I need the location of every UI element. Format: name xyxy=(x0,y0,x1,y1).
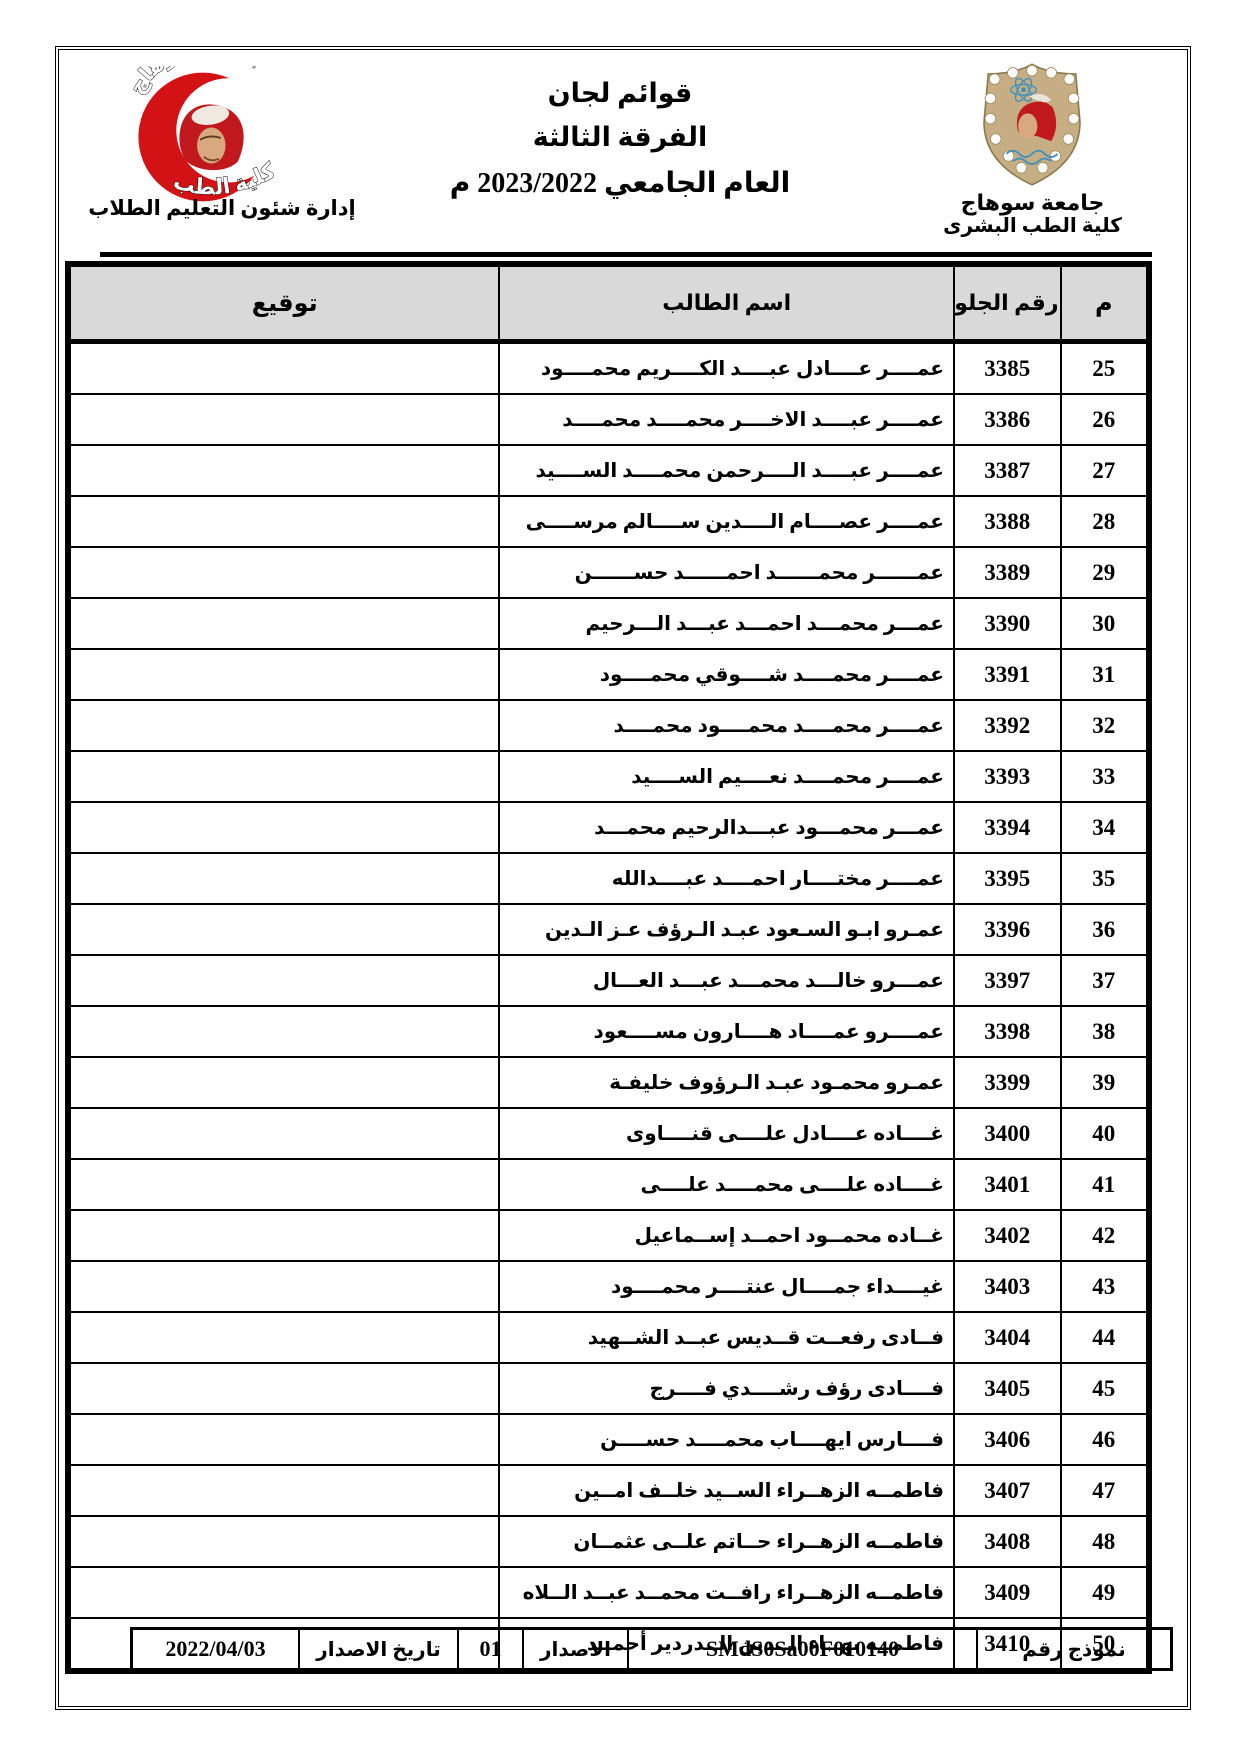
students-table-wrapper: م رقم الجلوس اسم الطالب توقيع 253385عمــ… xyxy=(65,261,1152,1674)
issue-label: الاصدار xyxy=(523,1629,628,1670)
column-header-seat-number: رقم الجلوس xyxy=(954,264,1061,342)
row-index-cell: 32 xyxy=(1061,700,1149,751)
signature-cell xyxy=(68,1516,499,1567)
seat-number-cell: 3388 xyxy=(954,496,1061,547)
university-shield-logo xyxy=(963,60,1101,188)
table-row: 383398عمــــرو عمــــاد هــــارون مســــ… xyxy=(68,1006,1149,1057)
row-index-cell: 35 xyxy=(1061,853,1149,904)
student-name-cell: غــــاده علــــى محمــــد علــــى xyxy=(499,1159,954,1210)
student-name-cell: فاطمــه الزهــراء الســيد خلــف امــين xyxy=(499,1465,954,1516)
issue-date-value: 2022/04/03 xyxy=(132,1629,300,1670)
row-index-cell: 47 xyxy=(1061,1465,1149,1516)
row-index-cell: 26 xyxy=(1061,394,1149,445)
row-index-cell: 29 xyxy=(1061,547,1149,598)
student-name-cell: عمــــر عبــــد الــــرحمن محمــــد السـ… xyxy=(499,445,954,496)
seat-number-cell: 3407 xyxy=(954,1465,1061,1516)
seat-number-cell: 3400 xyxy=(954,1108,1061,1159)
student-name-cell: عمــــر محمــــد محمــــود محمــــد xyxy=(499,700,954,751)
student-name-cell: غــاده محمــود احمــد إســماعيل xyxy=(499,1210,954,1261)
row-index-cell: 34 xyxy=(1061,802,1149,853)
table-row: 423402غــاده محمــود احمــد إســماعيل xyxy=(68,1210,1149,1261)
header-divider-rule xyxy=(100,252,1152,257)
seat-number-cell: 3404 xyxy=(954,1312,1061,1363)
document-title-block: قوائم لجان الفرقة الثالثة العام الجامعي … xyxy=(415,78,825,200)
table-row: 473407فاطمــه الزهــراء الســيد خلــف ام… xyxy=(68,1465,1149,1516)
seat-number-cell: 3391 xyxy=(954,649,1061,700)
signature-cell xyxy=(68,1414,499,1465)
table-row: 403400غــــاده عــــادل علــــى قنــــاو… xyxy=(68,1108,1149,1159)
student-name-cell: عمــــر عصــــام الــــدين ســــالم مرسـ… xyxy=(499,496,954,547)
signature-cell xyxy=(68,1261,499,1312)
title-academic-year: العام الجامعي 2023/2022 م xyxy=(415,166,825,200)
seat-number-cell: 3405 xyxy=(954,1363,1061,1414)
signature-cell xyxy=(68,394,499,445)
table-row: 393399عمـرو محمـود عبـد الـرؤوف خليفـة xyxy=(68,1057,1149,1108)
table-row: 273387عمــــر عبــــد الــــرحمن محمــــ… xyxy=(68,445,1149,496)
university-name: جامعة سوهاج xyxy=(925,190,1140,215)
row-index-cell: 40 xyxy=(1061,1108,1149,1159)
row-index-cell: 46 xyxy=(1061,1414,1149,1465)
students-table: م رقم الجلوس اسم الطالب توقيع 253385عمــ… xyxy=(65,261,1152,1674)
seat-number-cell: 3402 xyxy=(954,1210,1061,1261)
seat-number-cell: 3408 xyxy=(954,1516,1061,1567)
issue-value: 01 xyxy=(458,1629,523,1670)
student-name-cell: عمــــر مختــــار احمــــد عبــــدالله xyxy=(499,853,954,904)
student-table-body: 253385عمــــر عــــادل عبــــد الكــــري… xyxy=(68,342,1149,1672)
seat-number-cell: 3390 xyxy=(954,598,1061,649)
signature-cell xyxy=(68,751,499,802)
signature-cell xyxy=(68,1108,499,1159)
university-name-block: جامعة سوهاج كلية الطب البشرى xyxy=(925,190,1140,238)
issue-date-label: تاريخ الاصدار xyxy=(299,1629,458,1670)
signature-cell xyxy=(68,598,499,649)
row-index-cell: 37 xyxy=(1061,955,1149,1006)
column-header-student-name: اسم الطالب xyxy=(499,264,954,342)
student-name-cell: عمـــر محمـــود عبـــدالرحيم محمـــد xyxy=(499,802,954,853)
table-row: 313391عمــــر محمــــد شــــوقي محمــــو… xyxy=(68,649,1149,700)
seat-number-cell: 3401 xyxy=(954,1159,1061,1210)
seat-number-cell: 3395 xyxy=(954,853,1061,904)
table-row: 283388عمــــر عصــــام الــــدين ســــال… xyxy=(68,496,1149,547)
seat-number-cell: 3386 xyxy=(954,394,1061,445)
student-name-cell: عمـرو محمـود عبـد الـرؤوف خليفـة xyxy=(499,1057,954,1108)
seat-number-cell: 3387 xyxy=(954,445,1061,496)
signature-cell xyxy=(68,1567,499,1618)
title-committee-lists: قوائم لجان xyxy=(415,78,825,109)
signature-cell xyxy=(68,853,499,904)
seat-number-cell: 3392 xyxy=(954,700,1061,751)
signature-cell xyxy=(68,1057,499,1108)
table-row: 293389عمــــــر محمــــــد احمــــــد حس… xyxy=(68,547,1149,598)
signature-cell xyxy=(68,1210,499,1261)
table-row: 363396عمـرو ابـو السـعود عبـد الـرؤف عـز… xyxy=(68,904,1149,955)
student-name-cell: عمــــــر محمــــــد احمــــــد حســــــ… xyxy=(499,547,954,598)
signature-cell xyxy=(68,904,499,955)
form-number-label: نموذج رقم xyxy=(977,1629,1172,1670)
faculty-name: كلية الطب البشرى xyxy=(925,215,1140,238)
table-row: 373397عمـــرو خالـــد محمـــد عبـــد الع… xyxy=(68,955,1149,1006)
student-name-cell: فــــادى رؤف رشــــدي فــــرج xyxy=(499,1363,954,1414)
form-number-value: SMdS0Sa00F010140 xyxy=(628,1629,977,1670)
table-row: 333393عمــــر محمــــد نعــــيم الســــي… xyxy=(68,751,1149,802)
table-header-row: م رقم الجلوس اسم الطالب توقيع xyxy=(68,264,1149,342)
table-row: 323392عمــــر محمــــد محمــــود محمــــ… xyxy=(68,700,1149,751)
student-name-cell: عمـرو ابـو السـعود عبـد الـرؤف عـز الـدي… xyxy=(499,904,954,955)
row-index-cell: 45 xyxy=(1061,1363,1149,1414)
row-index-cell: 36 xyxy=(1061,904,1149,955)
table-row: 343394عمـــر محمـــود عبـــدالرحيم محمــ… xyxy=(68,802,1149,853)
student-name-cell: عمــــر عــــادل عبــــد الكــــريم محمـ… xyxy=(499,342,954,395)
student-name-cell: عمــــر عبــــد الاخــــر محمــــد محمــ… xyxy=(499,394,954,445)
table-row: 353395عمــــر مختــــار احمــــد عبــــد… xyxy=(68,853,1149,904)
student-education-admin-label: إدارة شئون التعليم الطلاب xyxy=(88,196,356,221)
column-header-index: م xyxy=(1061,264,1149,342)
seat-number-cell: 3385 xyxy=(954,342,1061,395)
seat-number-cell: 3393 xyxy=(954,751,1061,802)
table-row: 443404فــادى رفعــت قــديس عبــد الشــهي… xyxy=(68,1312,1149,1363)
column-header-signature: توقيع xyxy=(68,264,499,342)
row-index-cell: 43 xyxy=(1061,1261,1149,1312)
signature-cell xyxy=(68,1465,499,1516)
table-row: 303390عمـــر محمـــد احمـــد عبـــد الــ… xyxy=(68,598,1149,649)
table-row: 413401غــــاده علــــى محمــــد علــــى xyxy=(68,1159,1149,1210)
signature-cell xyxy=(68,955,499,1006)
signature-cell xyxy=(68,342,499,395)
signature-cell xyxy=(68,1159,499,1210)
row-index-cell: 31 xyxy=(1061,649,1149,700)
table-row: 493409فاطمــه الزهــراء رافــت محمــد عب… xyxy=(68,1567,1149,1618)
signature-cell xyxy=(68,649,499,700)
table-row: 463406فــــارس ايهــــاب محمــــد حســــ… xyxy=(68,1414,1149,1465)
row-index-cell: 44 xyxy=(1061,1312,1149,1363)
seat-number-cell: 3394 xyxy=(954,802,1061,853)
pharaoh-face xyxy=(197,128,225,164)
student-name-cell: غيــــداء جمــــال عنتــــر محمــــود xyxy=(499,1261,954,1312)
seat-number-cell: 3398 xyxy=(954,1006,1061,1057)
student-name-cell: عمـــر محمـــد احمـــد عبـــد الـــرحيم xyxy=(499,598,954,649)
row-index-cell: 49 xyxy=(1061,1567,1149,1618)
student-name-cell: فــــارس ايهــــاب محمــــد حســــن xyxy=(499,1414,954,1465)
table-row: 263386عمــــر عبــــد الاخــــر محمــــد… xyxy=(68,394,1149,445)
title-third-year: الفرقة الثالثة xyxy=(415,122,825,153)
form-info-footer: نموذج رقم SMdS0Sa00F010140 الاصدار 01 تا… xyxy=(130,1627,1173,1671)
student-name-cell: عمــــر محمــــد نعــــيم الســــيد xyxy=(499,751,954,802)
seat-number-cell: 3399 xyxy=(954,1057,1061,1108)
signature-cell xyxy=(68,547,499,598)
seat-number-cell: 3403 xyxy=(954,1261,1061,1312)
signature-cell xyxy=(68,700,499,751)
student-name-cell: عمــــرو عمــــاد هــــارون مســــعود xyxy=(499,1006,954,1057)
row-index-cell: 48 xyxy=(1061,1516,1149,1567)
shield-pharaoh-face xyxy=(1018,113,1037,139)
student-name-cell: عمــــر محمــــد شــــوقي محمــــود xyxy=(499,649,954,700)
table-row: 453405فــــادى رؤف رشــــدي فــــرج xyxy=(68,1363,1149,1414)
signature-cell xyxy=(68,496,499,547)
row-index-cell: 42 xyxy=(1061,1210,1149,1261)
student-name-cell: عمـــرو خالـــد محمـــد عبـــد العـــال xyxy=(499,955,954,1006)
table-row: 253385عمــــر عــــادل عبــــد الكــــري… xyxy=(68,342,1149,395)
row-index-cell: 39 xyxy=(1061,1057,1149,1108)
seat-number-cell: 3389 xyxy=(954,547,1061,598)
student-name-cell: فــادى رفعــت قــديس عبــد الشــهيد xyxy=(499,1312,954,1363)
seat-number-cell: 3396 xyxy=(954,904,1061,955)
row-index-cell: 33 xyxy=(1061,751,1149,802)
footer-row: نموذج رقم SMdS0Sa00F010140 الاصدار 01 تا… xyxy=(132,1629,1172,1670)
row-index-cell: 25 xyxy=(1061,342,1149,395)
row-index-cell: 28 xyxy=(1061,496,1149,547)
seat-number-cell: 3397 xyxy=(954,955,1061,1006)
table-row: 433403غيــــداء جمــــال عنتــــر محمـــ… xyxy=(68,1261,1149,1312)
signature-cell xyxy=(68,1363,499,1414)
seat-number-cell: 3406 xyxy=(954,1414,1061,1465)
row-index-cell: 38 xyxy=(1061,1006,1149,1057)
row-index-cell: 41 xyxy=(1061,1159,1149,1210)
table-row: 483408فاطمــه الزهــراء حــاتم علــى عثم… xyxy=(68,1516,1149,1567)
signature-cell xyxy=(68,802,499,853)
student-name-cell: غــــاده عــــادل علــــى قنــــاوى xyxy=(499,1108,954,1159)
seat-number-cell: 3409 xyxy=(954,1567,1061,1618)
signature-cell xyxy=(68,1006,499,1057)
faculty-crescent-logo: جامعة سوهاج كلية الطب xyxy=(103,66,331,208)
student-name-cell: فاطمــه الزهــراء حــاتم علــى عثمــان xyxy=(499,1516,954,1567)
signature-cell xyxy=(68,445,499,496)
student-name-cell: فاطمــه الزهــراء رافــت محمــد عبــد ال… xyxy=(499,1567,954,1618)
row-index-cell: 27 xyxy=(1061,445,1149,496)
signature-cell xyxy=(68,1312,499,1363)
row-index-cell: 30 xyxy=(1061,598,1149,649)
